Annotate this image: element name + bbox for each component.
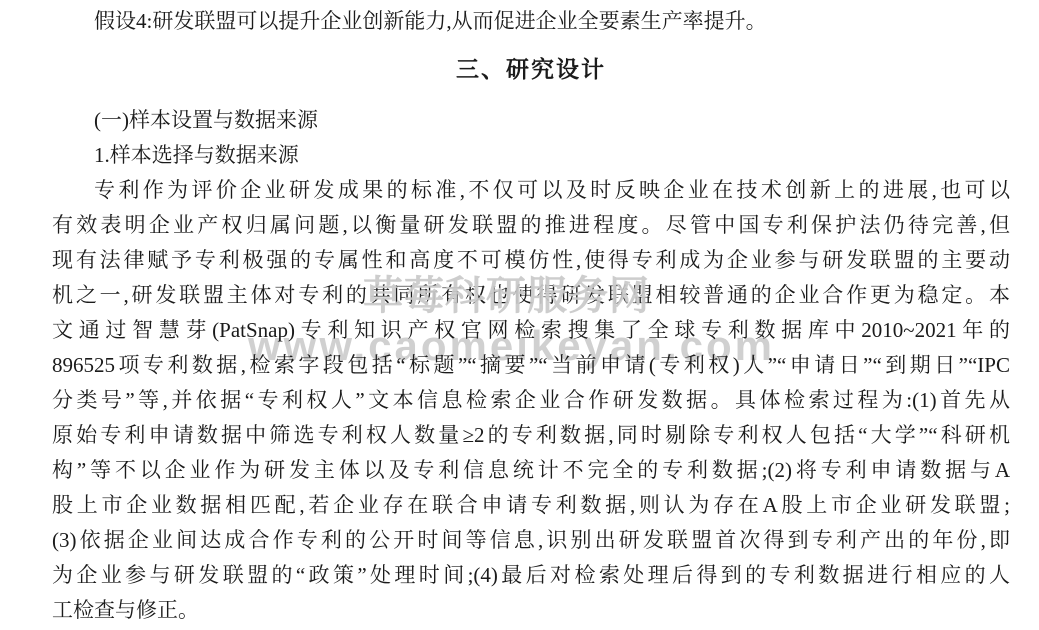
page-content: 假设4:研发联盟可以提升企业创新能力,从而促进企业全要素生产率提升。 三、研究设…: [52, 0, 1010, 628]
paragraph-line: 机之一,研发联盟主体对专利的共同所有权也使得研发联盟相较普通的企业合作更为稳定。…: [52, 278, 1010, 313]
paragraph-line: 工检查与修正。: [52, 593, 1010, 628]
main-paragraph: 专利作为评价企业研发成果的标准,不仅可以及时反映企业在技术创新上的进展,也可以有…: [52, 173, 1010, 628]
paragraph-line: 分类号”等,并依据“专利权人”文本信息检索企业合作研发数据。具体检索过程为:(1…: [52, 383, 1010, 418]
subsection-heading: (一)样本设置与数据来源: [52, 103, 1010, 138]
paragraph-line: 专利作为评价企业研发成果的标准,不仅可以及时反映企业在技术创新上的进展,也可以: [52, 173, 1010, 208]
paragraph-line: 有效表明企业产权归属问题,以衡量研发联盟的推进程度。尽管中国专利保护法仍待完善,…: [52, 208, 1010, 243]
hypothesis-4-line: 假设4:研发联盟可以提升企业创新能力,从而促进企业全要素生产率提升。: [52, 4, 1010, 39]
subheadings-block: (一)样本设置与数据来源 1.样本选择与数据来源: [52, 103, 1010, 173]
paragraph-line: 现有法律赋予专利极强的专属性和高度不可模仿性,使得专利成为企业参与研发联盟的主要…: [52, 243, 1010, 278]
paragraph-line: 为企业参与研发联盟的“政策”处理时间;(4)最后对检索处理后得到的专利数据进行相…: [52, 558, 1010, 593]
section-heading: 三、研究设计: [52, 49, 1010, 89]
paragraph-line: 股上市企业数据相匹配,若企业存在联合申请专利数据,则认为存在A股上市企业研发联盟…: [52, 488, 1010, 523]
paragraph-line: 文通过智慧芽(PatSnap)专利知识产权官网检索搜集了全球专利数据库中2010…: [52, 313, 1010, 348]
paragraph-line: 构”等不以企业作为研发主体以及专利信息统计不完全的专利数据;(2)将专利申请数据…: [52, 453, 1010, 488]
subsubsection-heading: 1.样本选择与数据来源: [52, 138, 1010, 173]
paragraph-line: (3)依据企业间达成合作专利的公开时间等信息,识别出研发联盟首次得到专利产出的年…: [52, 523, 1010, 558]
paragraph-line: 原始专利申请数据中筛选专利权人数量≥2的专利数据,同时剔除专利权人包括“大学”“…: [52, 418, 1010, 453]
document-page: www.caomeikeyan.com 假设4:研发联盟可以提升企业创新能力,从…: [0, 0, 1039, 630]
paragraph-line: 896525项专利数据,检索字段包括“标题”“摘要”“当前申请(专利权)人”“申…: [52, 348, 1010, 383]
